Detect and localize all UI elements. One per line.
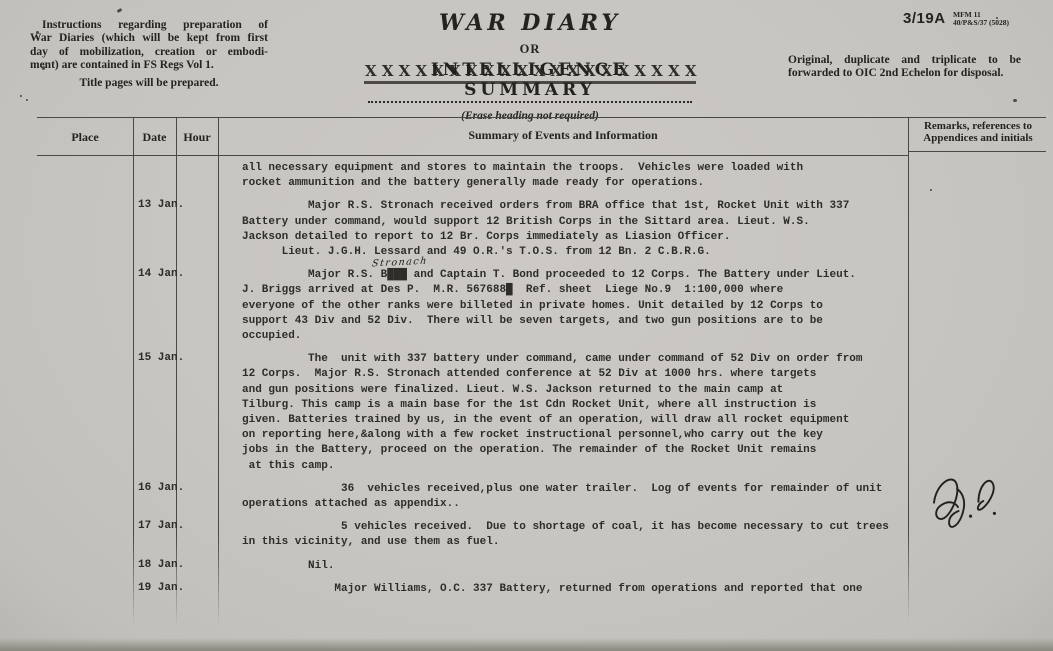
entry-date: 15 Jan.	[138, 352, 184, 364]
form-number: 3/19A	[903, 10, 946, 27]
ink-speck	[1013, 99, 1017, 102]
entry-line: Jackson detailed to report to 12 Br. Cor…	[242, 230, 1053, 245]
preparation-instructions: Instructions regarding preparation ofWar…	[30, 19, 268, 73]
entry-date: 16 Jan.	[138, 482, 184, 494]
entry-date: 17 Jan.	[138, 520, 184, 532]
entry-line: occupied.	[242, 329, 1053, 344]
diary-entry: 17 Jan. 5 vehicles received. Due to shor…	[0, 520, 1053, 550]
column-header-summary: Summary of Events and Information	[218, 128, 908, 143]
struck-heading: INTELLIGENCE SUMMARY	[368, 60, 692, 103]
form-title: WAR DIARY	[368, 10, 692, 36]
remarks-header-rule	[908, 151, 1046, 152]
text-line: forwarded to OIC 2nd Echelon for disposa…	[788, 67, 1021, 80]
entry-line: The unit with 337 battery under command,…	[242, 352, 1053, 367]
text-line: War Diaries (which will be kept from fir…	[30, 32, 268, 45]
entry-line: everyone of the other ranks were billete…	[242, 299, 1053, 314]
text-line: Original, duplicate and triplicate to be	[788, 54, 1021, 67]
form-title-or: OR	[368, 42, 692, 57]
ink-speck	[42, 66, 45, 70]
initials-signature-icon	[916, 456, 1010, 540]
entry-date: 13 Jan.	[138, 199, 184, 211]
form-reference-line2: 40/P&S/37 (5028)	[953, 19, 1009, 27]
ink-speck	[117, 8, 123, 13]
diary-entry: all necessary equipment and stores to ma…	[0, 161, 1053, 191]
ink-speck	[36, 31, 39, 34]
entry-line: Major R.S. Stronach received orders from…	[242, 199, 1053, 214]
entry-line: on reporting here,&along with a few rock…	[242, 428, 1053, 443]
text-line: ment) are contained in FS Regs Vol 1.	[30, 59, 268, 72]
entry-line: 12 Corps. Major R.S. Stronach attended c…	[242, 367, 1053, 382]
entry-text: Major R.S. Stronach received orders from…	[242, 199, 1053, 260]
text-line: Instructions regarding preparation of	[30, 19, 268, 32]
column-header-hour: Hour	[176, 130, 218, 145]
ink-speck	[930, 189, 932, 191]
form-heading: WAR DIARY OR INTELLIGENCE SUMMARY (Erase…	[368, 10, 692, 122]
column-header-place: Place	[37, 130, 133, 145]
column-header-remarks: Remarks, references to Appendices and in…	[908, 121, 1048, 145]
entry-line: all necessary equipment and stores to ma…	[242, 161, 1053, 176]
war-diary-page: Instructions regarding preparation ofWar…	[0, 0, 1053, 651]
erase-heading-note: (Erase heading not required)	[368, 110, 692, 122]
diary-entry: 19 Jan. Major Williams, O.C. 337 Battery…	[0, 582, 1053, 597]
entry-line: Lieut. J.G.H. Lessard and 49 O.R.'s T.O.…	[242, 245, 1053, 260]
entry-text: Major R.S. B███ and Captain T. Bond proc…	[242, 268, 1053, 344]
entry-line: Major Williams, O.C. 337 Battery, return…	[242, 582, 1053, 597]
ink-speck	[26, 99, 28, 101]
entry-text: The unit with 337 battery under command,…	[242, 352, 1053, 474]
text-line: day of mobilization, creation or embodi-	[30, 46, 268, 59]
entry-line: given. Batteries trained by us, in the e…	[242, 413, 1053, 428]
table-top-rule	[37, 117, 1046, 118]
handwritten-initials	[916, 456, 1011, 545]
entry-line: Major R.S. B███ and Captain T. Bond proc…	[242, 268, 1053, 283]
entry-text: Major Williams, O.C. 337 Battery, return…	[242, 582, 1053, 597]
entry-line: Nil.	[242, 559, 1053, 574]
entry-line: Battery under command, would support 12 …	[242, 215, 1053, 230]
ink-speck	[20, 95, 22, 97]
entry-date: 19 Jan.	[138, 582, 184, 594]
entry-line: support 43 Div and 52 Div. There will be…	[242, 314, 1053, 329]
entry-text: Nil.	[242, 559, 1053, 574]
entry-date: 18 Jan.	[138, 559, 184, 571]
header-bottom-rule	[37, 155, 908, 156]
ink-speck	[996, 17, 998, 19]
entry-line: J. Briggs arrived at Des P. M.R. 567688█…	[242, 283, 1053, 298]
disposal-note: Original, duplicate and triplicate to be…	[788, 54, 1021, 81]
scan-edge-shadow	[0, 638, 1053, 651]
entry-line: jobs in the Battery, proceed on the oper…	[242, 443, 1053, 458]
entry-line: Tilburg. This camp is a main base for th…	[242, 398, 1053, 413]
diary-entry: 15 Jan. The unit with 337 battery under …	[0, 352, 1053, 474]
form-reference: MFM 11 40/P&S/37 (5028)	[953, 11, 1009, 27]
title-pages-note: Title pages will be prepared.	[30, 77, 268, 89]
entry-date: 14 Jan.	[138, 268, 184, 280]
diary-entries: all necessary equipment and stores to ma…	[0, 161, 1053, 605]
entry-text: all necessary equipment and stores to ma…	[242, 161, 1053, 191]
column-header-date: Date	[133, 130, 176, 145]
diary-entry: 16 Jan. 36 vehicles received,plus one wa…	[0, 482, 1053, 512]
diary-entry: 18 Jan. Nil.	[0, 559, 1053, 574]
struck-heading-text: INTELLIGENCE SUMMARY	[368, 60, 692, 103]
diary-entry: 13 Jan. Major R.S. Stronach received ord…	[0, 199, 1053, 260]
entry-line: and gun positions were finalized. Lieut.…	[242, 383, 1053, 398]
diary-entry: 14 Jan.Stronach Major R.S. B███ and Capt…	[0, 268, 1053, 344]
